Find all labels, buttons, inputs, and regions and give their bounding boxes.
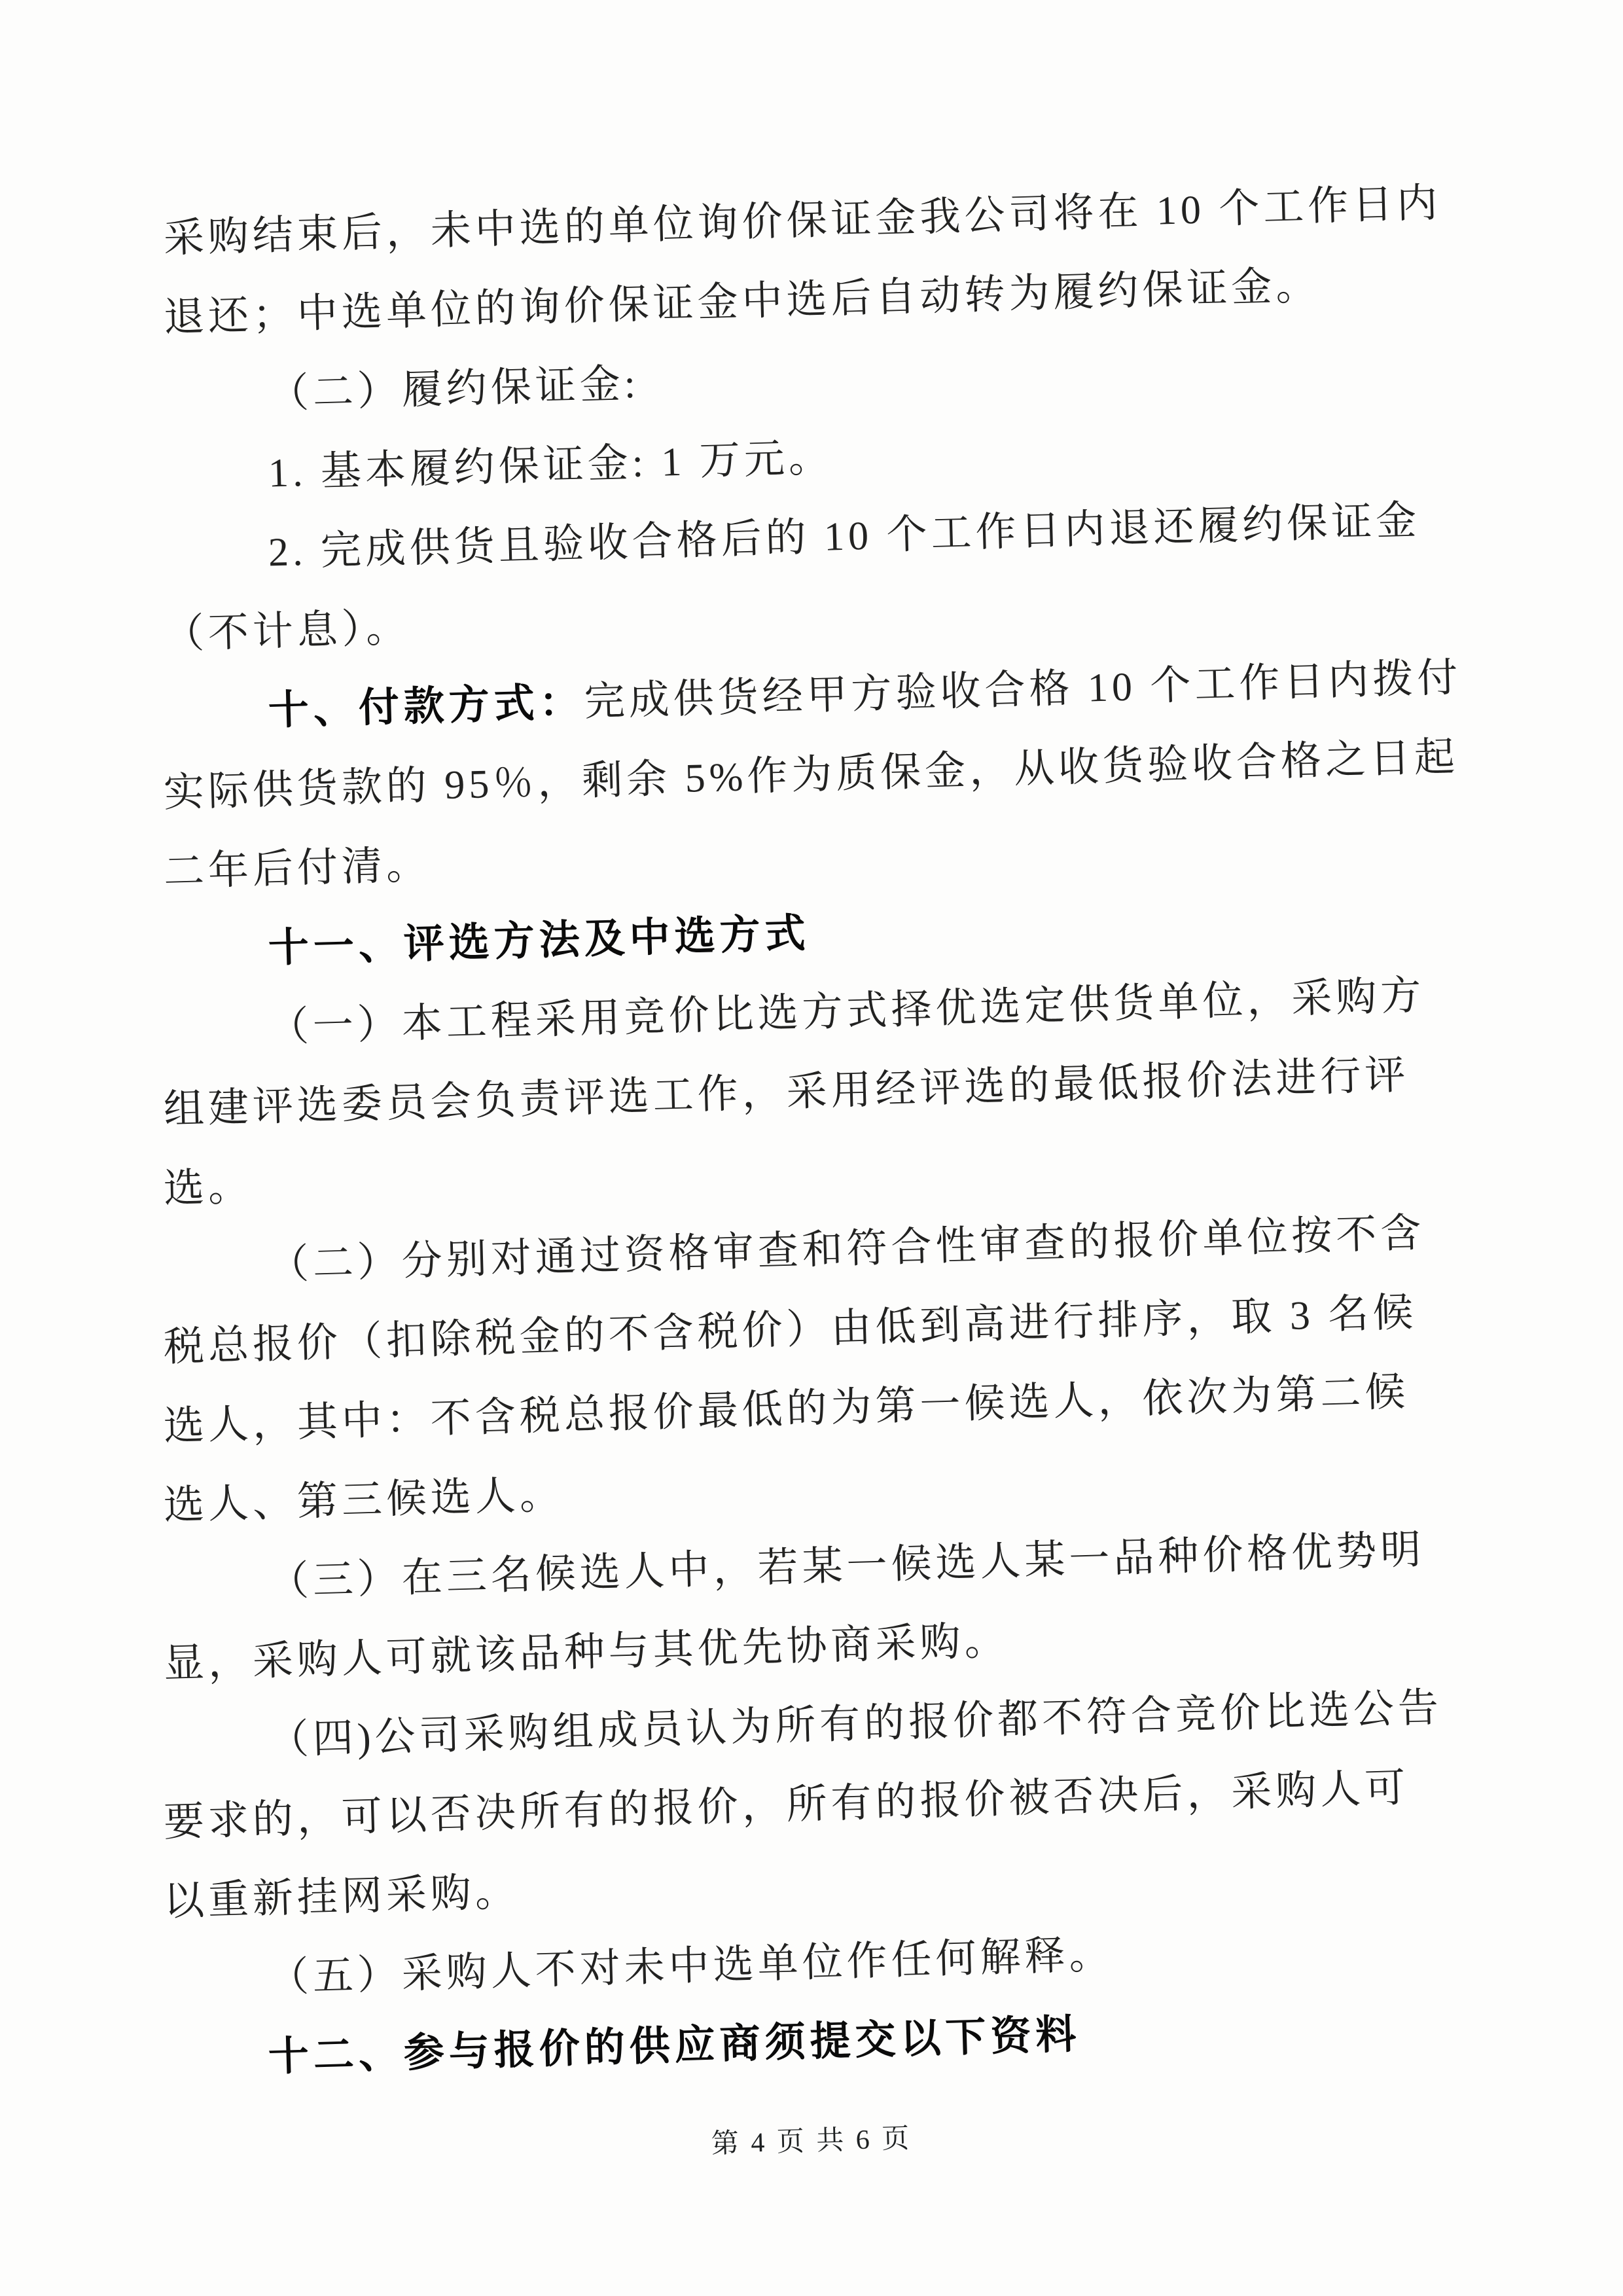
document-page: 采购结束后，未中选的单位询价保证金我公司将在 10 个工作日内 退还；中选单位的… bbox=[0, 0, 1623, 2296]
document-body: 采购结束后，未中选的单位询价保证金我公司将在 10 个工作日内 退还；中选单位的… bbox=[164, 199, 1446, 2100]
page-number: 第 4 页 共 6 页 bbox=[0, 2096, 1623, 2181]
